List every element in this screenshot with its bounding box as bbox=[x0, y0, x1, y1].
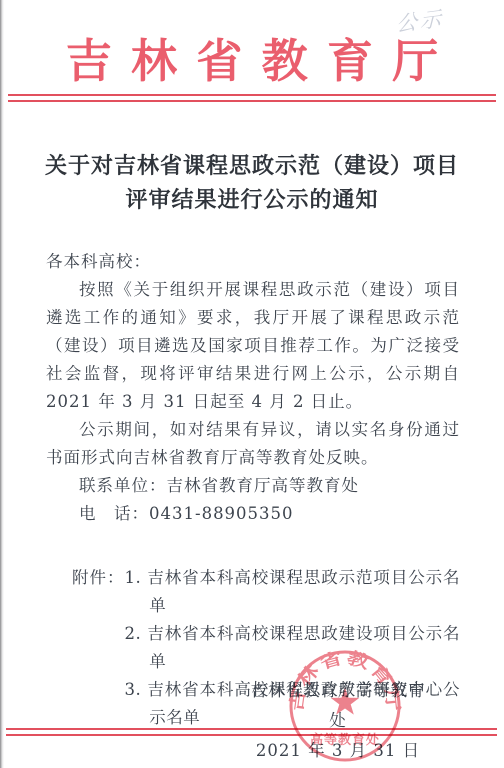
seal-bottom-text: 高等教育处 bbox=[310, 732, 380, 748]
attachments-label: 附件： bbox=[72, 564, 125, 732]
footer-divider-rule bbox=[6, 728, 497, 736]
contact-unit-line: 联系单位：吉林省教育厅高等教育处 bbox=[46, 472, 460, 500]
official-seal: 吉林省教育厅 高等教育处 bbox=[287, 648, 403, 764]
document-title-line2: 评审结果进行公示的通知 bbox=[30, 184, 474, 218]
salutation: 各本科高校： bbox=[46, 248, 460, 276]
document-title-line1: 关于对吉林省课程思政示范（建设）项目 bbox=[30, 150, 474, 184]
letterhead-divider-rule bbox=[8, 94, 496, 102]
letterhead-agency-name: 吉林省教育厅 bbox=[0, 32, 504, 90]
body-paragraph-2: 公示期间，如对结果有异议，请以实名身份通过书面形式向吉林省教育厅高等教育处反映。 bbox=[46, 416, 460, 472]
scan-edge-shadow bbox=[0, 0, 4, 768]
attachment-item: 1. 吉林省本科高校课程思政示范项目公示名单 bbox=[125, 564, 461, 620]
document-title: 关于对吉林省课程思政示范（建设）项目 评审结果进行公示的通知 bbox=[30, 150, 474, 218]
contact-phone-line: 电 话：0431-88905350 bbox=[46, 500, 460, 528]
seal-star-icon bbox=[331, 688, 360, 715]
body-paragraph-1: 按照《关于组织开展课程思政示范（建设）项目遴选工作的通知》要求，我厅开展了课程思… bbox=[46, 276, 460, 416]
